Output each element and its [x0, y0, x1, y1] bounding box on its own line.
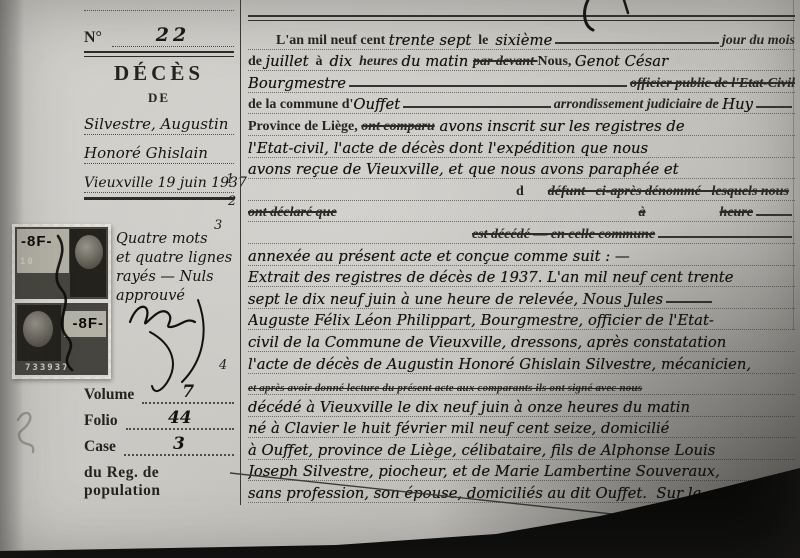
act-line: de la commune d'Ouffetarrondissement jud…: [248, 93, 795, 115]
act-segment: et après avoir donné lecture du présent …: [248, 382, 642, 394]
act-segment: juillet: [266, 53, 309, 70]
act-segment: [403, 104, 551, 108]
act-lines: L'an mil neuf cent trente sept le sixièm…: [248, 28, 795, 503]
act-segment: jour du mois: [722, 33, 795, 49]
register-value: 44: [126, 408, 234, 430]
act-segment: [658, 234, 792, 238]
act-segment: dix: [330, 53, 353, 70]
act-segment: le: [471, 33, 495, 49]
act-line: sept le dix neuf juin à une heure de rel…: [248, 287, 795, 309]
act-line: Extrait des registres de décès de 1937. …: [248, 266, 795, 288]
act-line: et après avoir donné lecture du présent …: [248, 374, 795, 396]
register-value: 7: [142, 382, 234, 404]
act-segment: avons reçue de Vieuxville, et que nous a…: [248, 161, 679, 178]
register-label: Case: [84, 438, 116, 456]
act-segment: Auguste Félix Léon Philippart, Bourgmest…: [248, 312, 714, 329]
act-segment: à: [639, 205, 646, 221]
register-row-volume: Volume 7: [84, 378, 234, 404]
deceased-name-line-1: Silvestre, Augustin: [84, 106, 234, 135]
record-number-value: 22: [112, 24, 234, 47]
card-of-label: DE: [84, 90, 234, 106]
act-segment: Ouffet: [353, 96, 400, 113]
act-segment: [666, 299, 712, 303]
act-segment: de: [248, 54, 266, 70]
deceased-name-line-2: Honoré Ghislain: [84, 135, 234, 164]
act-segment: avons inscrit sur les registres de: [435, 118, 685, 135]
act-segment: trente sept: [389, 32, 471, 49]
record-number-label: N°: [84, 29, 102, 47]
act-segment: [349, 83, 627, 87]
note-line-4: approuvé: [116, 287, 236, 306]
act-segment: [555, 40, 719, 44]
act-segment: officier public de l'Etat-Civil: [630, 76, 795, 92]
act-segment: civil de la Commune de Vieuxville, dress…: [248, 334, 726, 351]
act-line: ont déclaré queàheure: [248, 201, 795, 223]
act-line: Joseph Silvestre, piocheur, et de Marie …: [248, 460, 795, 482]
record-number-row: N° 22: [84, 13, 234, 47]
act-segment: Genot César: [575, 53, 668, 70]
approval-signature: [182, 300, 204, 382]
act-segment: l'acte de décès de Augustin Honoré Ghisl…: [248, 356, 751, 373]
card-double-rule: [84, 51, 234, 57]
register-footer: du Reg. de population: [84, 464, 234, 500]
act-segment: l'Etat-civil, l'acte de décès dont l'exp…: [248, 140, 648, 157]
margin-number-3: 3: [214, 218, 222, 233]
revenue-stamps: -8F- 10 -8F- 733937: [12, 224, 111, 379]
act-line: est décédé — en celle commune: [248, 222, 795, 244]
act-column: L'an mil neuf cent trente sept le sixièm…: [248, 6, 795, 503]
stamp-overprint-value: -8F-: [21, 233, 53, 250]
document-photo: N° 22 DÉCÈS DE Silvestre, Augustin Honor…: [0, 0, 800, 558]
act-line: Auguste Félix Léon Philippart, Bourgmest…: [248, 309, 795, 331]
act-segment: par devant: [473, 54, 538, 70]
stamp-serial-top: 10: [20, 257, 35, 267]
register-value: 3: [124, 434, 234, 456]
register-label: Volume: [84, 386, 134, 404]
register-label: Folio: [84, 412, 118, 430]
margin-number-1: 1: [226, 172, 234, 187]
act-segment: à: [309, 54, 330, 70]
act-line: de juillet à dix heures du matin par dev…: [248, 50, 795, 72]
act-segment: sept le dix neuf juin à une heure de rel…: [248, 291, 663, 308]
revenue-stamp-bottom: -8F- 733937: [15, 303, 108, 375]
register-block: Volume 7 Folio 44 Case 3 du Reg. de popu…: [84, 378, 234, 500]
act-segment: sans profession, son épouse, domiciliés …: [248, 485, 701, 502]
act-line: annexée au présent acte et conçue comme …: [248, 244, 795, 266]
note-line-2: et quatre lignes: [116, 249, 236, 268]
stamp-overprint-value: -8F-: [73, 315, 105, 332]
register-row-case: Case 3: [84, 430, 234, 456]
act-segment: Huy: [722, 96, 753, 113]
card-top-rule: [84, 10, 234, 11]
register-row-folio: Folio 44: [84, 404, 234, 430]
act-segment: à Ouffet, province de Liège, célibataire…: [248, 442, 715, 459]
act-line: l'acte de décès de Augustin Honoré Ghisl…: [248, 352, 795, 374]
act-segment: décédé à Vieuxville le dix neuf juin à o…: [248, 399, 690, 416]
approval-signature: [130, 307, 195, 327]
act-segment: Nous,: [538, 54, 575, 70]
note-line-3: rayés — Nuls: [116, 268, 236, 287]
act-segment: heures: [352, 54, 401, 70]
stamp-serial-number: 733937: [25, 363, 70, 373]
revenue-stamp-top: -8F- 10: [15, 227, 108, 299]
act-top-rule: [248, 15, 795, 21]
act-line: civil de la Commune de Vieuxville, dress…: [248, 330, 795, 352]
act-segment: [756, 104, 792, 108]
act-segment: L'an mil neuf cent: [276, 33, 389, 49]
act-segment: annexée au présent acte et conçue comme …: [248, 248, 630, 265]
act-line: L'an mil neuf cent trente sept le sixièm…: [248, 28, 795, 50]
act-segment: arrondissement judiciaire de: [554, 97, 722, 113]
act-segment: du matin: [402, 53, 473, 70]
margin-number-2: 2: [228, 194, 236, 209]
act-line: né à Clavier le huit février mil neuf ce…: [248, 417, 795, 439]
card-thick-rule: [84, 197, 234, 200]
act-line: Province de Liège, ont comparu avons ins…: [248, 114, 795, 136]
act-segment: d: [516, 184, 524, 200]
act-line: décédé à Vieuxville le dix neuf juin à o…: [248, 395, 795, 417]
record-card: N° 22 DÉCÈS DE Silvestre, Augustin Honor…: [84, 6, 234, 200]
act-line: à Ouffet, province de Liège, célibataire…: [248, 438, 795, 460]
margin-approval-note: Quatre mots et quatre lignes rayés — Nul…: [116, 230, 236, 306]
stamp-portrait-icon: [75, 235, 103, 269]
deceased-place-date-line: Vieuxville 19 juin 1937: [84, 164, 234, 193]
stamp-figure-icon: [23, 311, 53, 347]
act-line: l'Etat-civil, l'acte de décès dont l'exp…: [248, 136, 795, 158]
act-line: Bourgmestreofficier public de l'Etat-Civ…: [248, 71, 795, 93]
act-segment: défunt ci-après dénommé lesquels nous: [548, 184, 789, 200]
act-segment: est décédé — en celle commune: [472, 227, 655, 243]
card-title: DÉCÈS: [84, 61, 234, 86]
act-segment: Bourgmestre: [248, 75, 346, 92]
column-divider: [240, 0, 241, 505]
act-segment: Province de Liège,: [248, 119, 361, 135]
act-segment: sixième: [495, 32, 552, 49]
act-line: ddéfunt ci-après dénommé lesquels nous: [248, 179, 795, 201]
act-segment: de la commune d': [248, 97, 353, 113]
margin-number-4: 4: [219, 358, 227, 373]
act-segment: [756, 212, 792, 216]
act-segment: Extrait des registres de décès de 1937. …: [248, 269, 733, 286]
act-line: avons reçue de Vieuxville, et que nous a…: [248, 158, 795, 180]
act-segment: ont déclaré que: [248, 205, 337, 221]
act-segment: né à Clavier le huit février mil neuf ce…: [248, 420, 669, 437]
act-segment: ont comparu: [361, 119, 435, 135]
act-segment: heure: [720, 205, 753, 221]
act-segment: Joseph Silvestre, piocheur, et de Marie …: [248, 463, 720, 480]
